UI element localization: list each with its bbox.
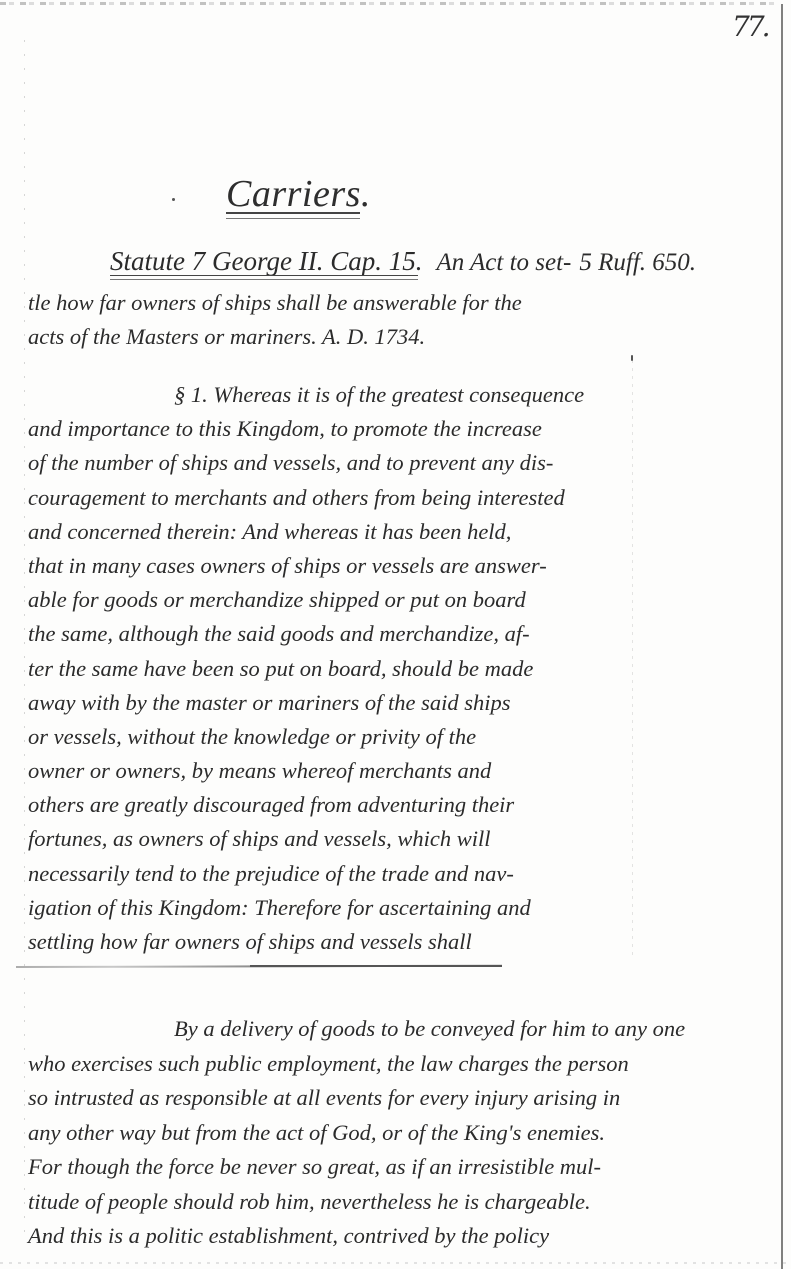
statute-line: Statute 7 George II. Cap. 15.An Act to s…	[110, 246, 696, 277]
manuscript-page: 77. Carriers. Statute 7 George II. Cap. …	[0, 0, 791, 1269]
text-line: so intrusted as responsible at all event…	[28, 1081, 758, 1116]
text-line: and importance to this Kingdom, to promo…	[28, 412, 758, 446]
text-line: fortunes, as owners of ships and vessels…	[28, 822, 758, 856]
text-line: any other way but from the act of God, o…	[28, 1116, 758, 1151]
text-line: By a delivery of goods to be conveyed fo…	[28, 1012, 758, 1047]
text-line: ter the same have been so put on board, …	[28, 652, 758, 686]
section-1-paragraph: § 1. Whereas it is of the greatest conse…	[28, 378, 758, 959]
text-line: For though the force be never so great, …	[28, 1150, 758, 1185]
statute-intro: tle how far owners of ships shall be ans…	[28, 286, 758, 354]
text-line: of the number of ships and vessels, and …	[28, 446, 758, 480]
text-line: titude of people should rob him, neverth…	[28, 1185, 758, 1220]
page-number: 77.	[732, 10, 768, 43]
text-line: able for goods or merchandize shipped or…	[28, 583, 758, 617]
text-line: and concerned therein: And whereas it ha…	[28, 515, 758, 549]
text-line: acts of the Masters or mariners. A. D. 1…	[28, 320, 758, 354]
text-line: owner or owners, by means whereof mercha…	[28, 754, 758, 788]
text-line: away with by the master or mariners of t…	[28, 686, 758, 720]
text-line: And this is a politic establishment, con…	[28, 1219, 758, 1254]
text-line: couragement to merchants and others from…	[28, 481, 758, 515]
text-line: § 1. Whereas it is of the greatest conse…	[28, 378, 758, 412]
text-line: tle how far owners of ships shall be ans…	[28, 286, 758, 320]
text-line: the same, although the said goods and me…	[28, 617, 758, 651]
page-bottom-edge	[0, 1262, 791, 1264]
text-line: that in many cases owners of ships or ve…	[28, 549, 758, 583]
page-right-border	[781, 4, 783, 1269]
text-column-edge	[632, 360, 633, 960]
page-title: Carriers.	[226, 172, 371, 216]
text-line: who exercises such public employment, th…	[28, 1047, 758, 1082]
statute-heading: Statute 7 George II. Cap. 15.	[110, 246, 422, 277]
statute-description-start: An Act to set-	[436, 249, 571, 276]
text-line: igation of this Kingdom: Therefore for a…	[28, 891, 758, 925]
statute-reference: 5 Ruff. 650.	[579, 249, 696, 276]
text-line: or vessels, without the knowledge or pri…	[28, 720, 758, 754]
left-margin-marks	[24, 40, 25, 1240]
text-line: settling how far owners of ships and ves…	[28, 925, 758, 959]
lower-paragraph: By a delivery of goods to be conveyed fo…	[28, 1012, 758, 1254]
text-line: necessarily tend to the prejudice of the…	[28, 857, 758, 891]
title-underline	[226, 212, 360, 219]
ink-speck	[172, 198, 175, 201]
ink-speck	[631, 355, 633, 361]
section-divider-dark	[250, 965, 502, 967]
text-line: others are greatly discouraged from adve…	[28, 788, 758, 822]
page-top-edge	[0, 2, 780, 5]
